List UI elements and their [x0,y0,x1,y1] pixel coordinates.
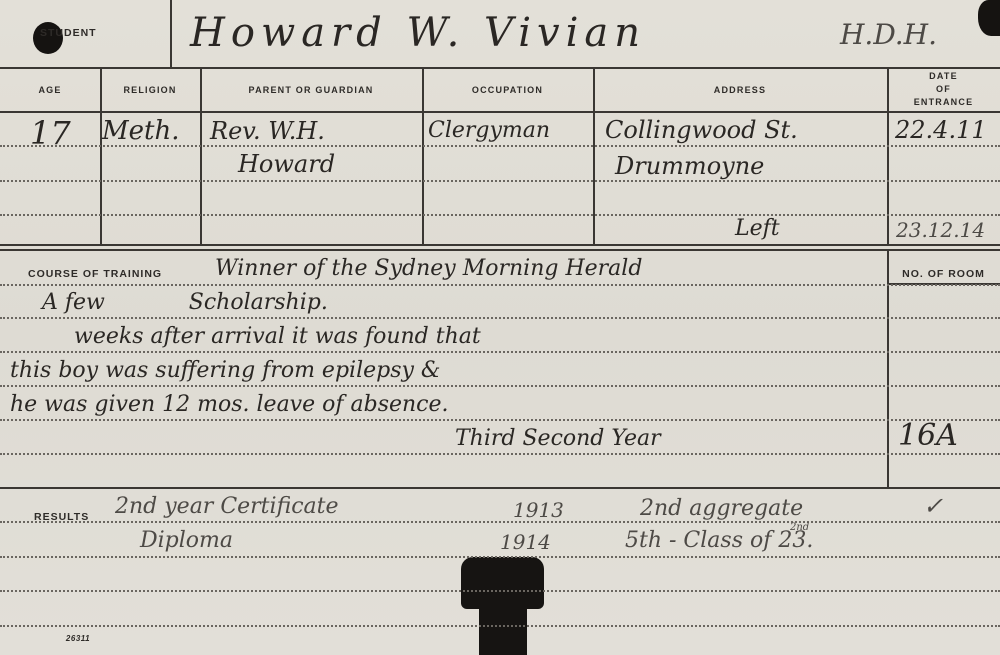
course-dotted-line [0,419,1000,421]
course-of-training-label: COURSE OF TRAINING [28,268,208,281]
top-right-annotation: H.D.H. [840,18,937,51]
room-number: 16A [898,418,958,453]
entry-address-line1: Collingwood St. [605,116,798,144]
punch-hole-top-right [978,0,1000,36]
results-dotted-line [0,590,1000,592]
col-divider-1 [100,67,102,245]
col-divider-5 [887,67,889,245]
course-line-6: Third Second Year [455,426,661,451]
results-dotted-line [0,521,1000,523]
student-label: STUDENT [40,27,100,40]
results-dotted-line [0,556,1000,558]
card-index-tab-stem [479,600,527,655]
entry-occupation: Clergyman [428,118,550,143]
entry-age: 17 [30,114,71,152]
results-line2-left: Diploma [140,528,233,553]
course-dotted-line [0,351,1000,353]
col-divider-2 [200,67,202,245]
room-label: No. OF ROOM [887,268,1000,281]
course-line-1: Winner of the Sydney Morning Herald [215,256,642,281]
entry-left-label: Left [735,216,780,241]
col-divider-3 [422,67,424,245]
header-date-line1: DATE [887,70,1000,83]
course-dotted-line [0,453,1000,455]
entry-parent-line2: Howard [238,150,335,178]
name-divider [170,0,172,68]
results-line1-right: 2nd aggregate [640,496,803,521]
entry-address-line2: Drummoyne [615,152,764,180]
results-dotted-line [0,625,1000,627]
header-age: AGE [0,84,100,97]
student-record-card: STUDENT Howard W. Vivian H.D.H. AGE RELI… [0,0,1000,655]
course-line-4: this boy was suffering from epilepsy & [10,358,441,383]
student-name: Howard W. Vivian [190,10,646,56]
header-date-line3: ENTRANCE [887,96,1000,109]
results-line1-mark: ✓ [923,492,943,520]
course-dotted-line [0,317,1000,319]
entry-dotted-line [0,214,1000,216]
results-line2-superscript: 2nd [790,522,809,533]
header-address: ADDRESS [593,84,887,97]
header-rule [0,111,1000,113]
header-parent-or-guardian: PARENT OR GUARDIAN [200,84,422,97]
course-dotted-line [0,284,1000,286]
entry-dotted-line [0,180,1000,182]
header-religion: RELIGION [100,84,200,97]
course-dotted-line [0,385,1000,387]
entry-religion: Meth. [102,116,179,146]
section-double-rule-top [0,244,1000,246]
entry-parent-line1: Rev. W.H. [210,117,325,145]
course-line-3: weeks after arrival it was found that [60,324,481,349]
results-rule [0,487,1000,489]
section-double-rule-bottom [0,249,1000,251]
header-occupation: OCCUPATION [422,84,593,97]
form-number: 26311 [58,632,98,645]
entry-date-left: 23.12.14 [896,218,985,242]
top-rule [0,67,1000,69]
results-line1-year: 1913 [513,498,564,522]
header-date-line2: OF [887,83,1000,96]
results-line2-right: 5th - Class of 23. [625,528,813,553]
entry-date-of-entrance: 22.4.11 [895,116,987,144]
results-line1-left: 2nd year Certificate [115,494,339,519]
col-divider-4 [593,67,595,245]
course-line-5: he was given 12 mos. leave of absence. [10,392,449,417]
results-line2-year: 1914 [500,530,551,554]
course-line-2: A few Scholarship. [42,290,328,315]
